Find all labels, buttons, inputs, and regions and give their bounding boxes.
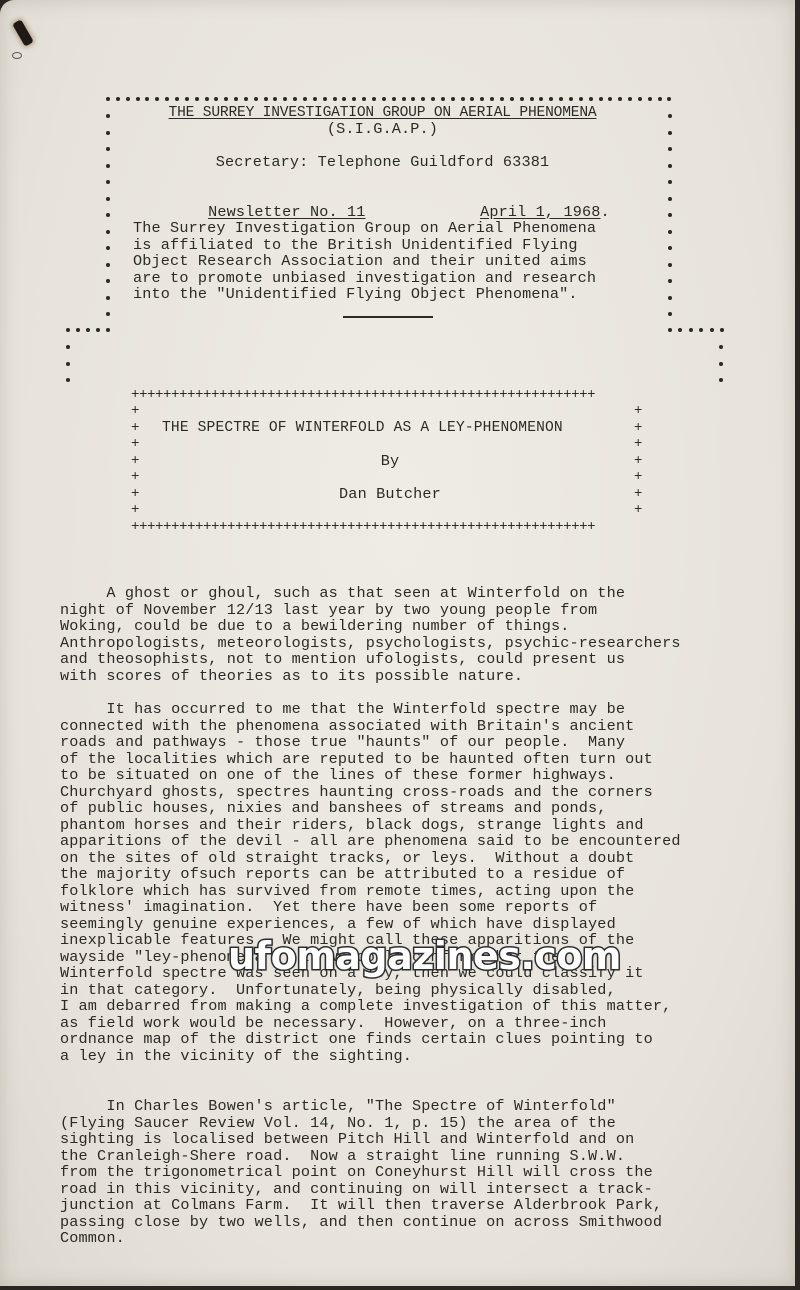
frame-dot — [638, 97, 642, 101]
frame-dot — [66, 345, 70, 349]
frame-dot — [234, 97, 238, 101]
affiliation-line: The Surrey Investigation Group on Aerial… — [133, 220, 596, 237]
body-line: a ley in the vicinity of the sighting. — [60, 1048, 412, 1065]
frame-dot — [530, 97, 534, 101]
frame-dot — [569, 97, 573, 101]
frame-dot — [313, 97, 317, 101]
frame-dot — [668, 312, 672, 316]
body-line: Common. — [60, 1230, 125, 1247]
frame-dot — [155, 97, 159, 101]
plus-border-top: ++++++++++++++++++++++++++++++++++++++++… — [131, 387, 595, 403]
frame-dot — [618, 97, 622, 101]
frame-dot — [668, 131, 672, 135]
frame-dot — [668, 164, 672, 168]
frame-dot — [126, 97, 130, 101]
frame-dot — [668, 328, 672, 332]
frame-dot — [392, 97, 396, 101]
frame-dot — [667, 97, 671, 101]
body-line: seemingly genuine experiences, a few of … — [60, 916, 616, 933]
frame-dot — [648, 97, 652, 101]
frame-dot — [86, 328, 90, 332]
plus-border-side: + — [634, 403, 642, 419]
body-line: in that category. Unfortunately, being p… — [60, 982, 616, 999]
frame-dot — [678, 328, 682, 332]
plus-border-side: + — [634, 502, 642, 518]
frame-dot — [719, 362, 723, 366]
frame-dot — [254, 97, 258, 101]
plus-border-side: + — [131, 502, 139, 518]
frame-dot — [106, 97, 110, 101]
body-line: Churchyard ghosts, spectres haunting cro… — [60, 784, 653, 801]
frame-dot — [608, 97, 612, 101]
frame-dot — [106, 164, 110, 168]
body-line: night of November 12/13 last year by two… — [60, 602, 597, 619]
frame-dot — [214, 97, 218, 101]
frame-dot — [205, 97, 209, 101]
frame-dot — [76, 328, 80, 332]
paper-mark — [12, 52, 22, 59]
date-period: . — [601, 203, 610, 221]
frame-dot — [559, 97, 563, 101]
frame-dot — [470, 97, 474, 101]
frame-dot — [66, 328, 70, 332]
frame-dot — [719, 345, 723, 349]
plus-border-side: + — [131, 436, 139, 452]
frame-dot — [461, 97, 465, 101]
frame-dot — [500, 97, 504, 101]
frame-dot — [106, 131, 110, 135]
frame-dot — [539, 97, 543, 101]
frame-dot — [283, 97, 287, 101]
byline-by: By — [140, 453, 640, 470]
frame-dot — [668, 213, 672, 217]
body-line: In Charles Bowen's article, "The Spectre… — [60, 1098, 616, 1115]
frame-dot — [520, 97, 524, 101]
frame-dot — [106, 279, 110, 283]
frame-dot — [106, 328, 110, 332]
frame-dot — [402, 97, 406, 101]
frame-dot — [165, 97, 169, 101]
frame-dot — [106, 230, 110, 234]
plus-border-side: + — [634, 436, 642, 452]
frame-dot — [441, 97, 445, 101]
watermark: ufomagazines.com — [228, 936, 621, 976]
frame-dot — [510, 97, 514, 101]
body-line: of the localities which are reputed to b… — [60, 751, 653, 768]
org-abbrev: (S.I.G.A.P.) — [130, 121, 635, 138]
frame-dot — [293, 97, 297, 101]
plus-border-side: + — [634, 420, 642, 436]
body-line: roads and pathways - those true "haunts"… — [60, 734, 625, 751]
frame-dot — [668, 114, 672, 118]
frame-dot — [333, 97, 337, 101]
frame-dot — [589, 97, 593, 101]
plus-border-side: + — [131, 469, 139, 485]
frame-dot — [106, 246, 110, 250]
body-line: on the sites of old straight tracks, or … — [60, 850, 634, 867]
frame-dot — [244, 97, 248, 101]
frame-dot — [658, 97, 662, 101]
frame-dot — [323, 97, 327, 101]
frame-dot — [668, 246, 672, 250]
frame-dot — [411, 97, 415, 101]
frame-dot — [451, 97, 455, 101]
body-line: (Flying Saucer Review Vol. 14, No. 1, p.… — [60, 1115, 616, 1132]
frame-dot — [362, 97, 366, 101]
frame-dot — [549, 97, 553, 101]
newsletter-page: THE SURREY INVESTIGATION GROUP ON AERIAL… — [0, 0, 795, 1286]
frame-dot — [224, 97, 228, 101]
frame-dot — [136, 97, 140, 101]
frame-dot — [106, 114, 110, 118]
body-line: phantom horses and their riders, black d… — [60, 817, 644, 834]
body-line: the Cranleigh-Shere road. Now a straight… — [60, 1148, 625, 1165]
frame-dot — [720, 328, 724, 332]
newsletter-number: Newsletter No. 11 — [208, 203, 366, 221]
frame-dot — [106, 312, 110, 316]
body-line: I am debarred from making a complete inv… — [60, 998, 671, 1015]
frame-dot — [106, 263, 110, 267]
frame-dot — [579, 97, 583, 101]
frame-dot — [668, 180, 672, 184]
body-line: from the trigonometrical point on Coneyh… — [60, 1164, 653, 1181]
body-line: passing close by two wells, and then con… — [60, 1214, 662, 1231]
frame-dot — [668, 263, 672, 267]
frame-dot — [699, 328, 703, 332]
newsletter-date: April 1, 1968 — [480, 203, 600, 221]
affiliation-line: into the "Unidentified Flying Object Phe… — [133, 286, 578, 303]
body-line: Woking, could be due to a bewildering nu… — [60, 618, 570, 635]
frame-dot — [689, 328, 693, 332]
ink-blot — [12, 19, 34, 47]
plus-border-side: + — [131, 420, 139, 436]
frame-dot — [490, 97, 494, 101]
frame-dot — [342, 97, 346, 101]
plus-border-side: + — [634, 469, 642, 485]
body-line: of public houses, nixies and banshees of… — [60, 800, 607, 817]
frame-dot — [668, 230, 672, 234]
frame-dot — [185, 97, 189, 101]
frame-dot — [116, 97, 120, 101]
frame-dot — [421, 97, 425, 101]
body-line: ordnance map of the district one finds c… — [60, 1031, 653, 1048]
plus-border-side: + — [131, 403, 139, 419]
frame-dot — [66, 362, 70, 366]
body-line: and theosophists, not to mention ufologi… — [60, 651, 625, 668]
body-line: sighting is localised between Pitch Hill… — [60, 1131, 634, 1148]
frame-dot — [106, 180, 110, 184]
plus-border-bottom: ++++++++++++++++++++++++++++++++++++++++… — [131, 519, 595, 535]
frame-dot — [303, 97, 307, 101]
frame-dot — [273, 97, 277, 101]
body-line: junction at Colmans Farm. It will then t… — [60, 1197, 662, 1214]
frame-dot — [106, 296, 110, 300]
body-line: connected with the phenomena associated … — [60, 718, 634, 735]
frame-dot — [352, 97, 356, 101]
body-line: with scores of theories as to its possib… — [60, 668, 523, 685]
body-line: as field work would be necessary. Howeve… — [60, 1015, 607, 1032]
body-line: the majority ofsuch reports can be attri… — [60, 866, 625, 883]
affiliation-line: is affiliated to the British Unidentifie… — [133, 237, 578, 254]
frame-dot — [175, 97, 179, 101]
body-line: Anthropologists, meteorologists, psychol… — [60, 635, 681, 652]
frame-dot — [96, 328, 100, 332]
frame-dot — [264, 97, 268, 101]
plus-border-side: + — [131, 486, 139, 502]
body-line: folklore which has survived from remote … — [60, 883, 634, 900]
frame-dot — [480, 97, 484, 101]
affiliation-line: Object Research Association and their un… — [133, 253, 587, 270]
frame-dot — [668, 279, 672, 283]
body-line: apparitions of the devil - all are pheno… — [60, 833, 681, 850]
body-line: witness' imagination. Yet there have bee… — [60, 899, 597, 916]
plus-border-side: + — [131, 453, 139, 469]
frame-dot — [195, 97, 199, 101]
frame-dot — [145, 97, 149, 101]
frame-dot — [372, 97, 376, 101]
frame-dot — [710, 328, 714, 332]
frame-dot — [106, 197, 110, 201]
article-title: THE SPECTRE OF WINTERFOLD AS A LEY-PHENO… — [162, 420, 563, 437]
frame-dot — [668, 296, 672, 300]
body-line: to be situated on one of the lines of th… — [60, 767, 616, 784]
body-line: A ghost or ghoul, such as that seen at W… — [60, 585, 625, 602]
body-line: It has occurred to me that the Winterfol… — [60, 701, 625, 718]
frame-dot — [668, 147, 672, 151]
frame-dot — [106, 213, 110, 217]
frame-dot — [599, 97, 603, 101]
secretary-phone: Secretary: Telephone Guildford 63381 — [130, 154, 635, 171]
frame-dot — [66, 378, 70, 382]
body-line: road in this vicinity, and continuing on… — [60, 1181, 653, 1198]
affiliation-line: are to promote unbiased investigation an… — [133, 270, 596, 287]
divider-rule — [343, 316, 433, 318]
frame-dot — [431, 97, 435, 101]
frame-dot — [106, 147, 110, 151]
frame-dot — [719, 378, 723, 382]
author-name: Dan Butcher — [140, 486, 640, 503]
frame-dot — [628, 97, 632, 101]
frame-dot — [668, 197, 672, 201]
frame-dot — [382, 97, 386, 101]
